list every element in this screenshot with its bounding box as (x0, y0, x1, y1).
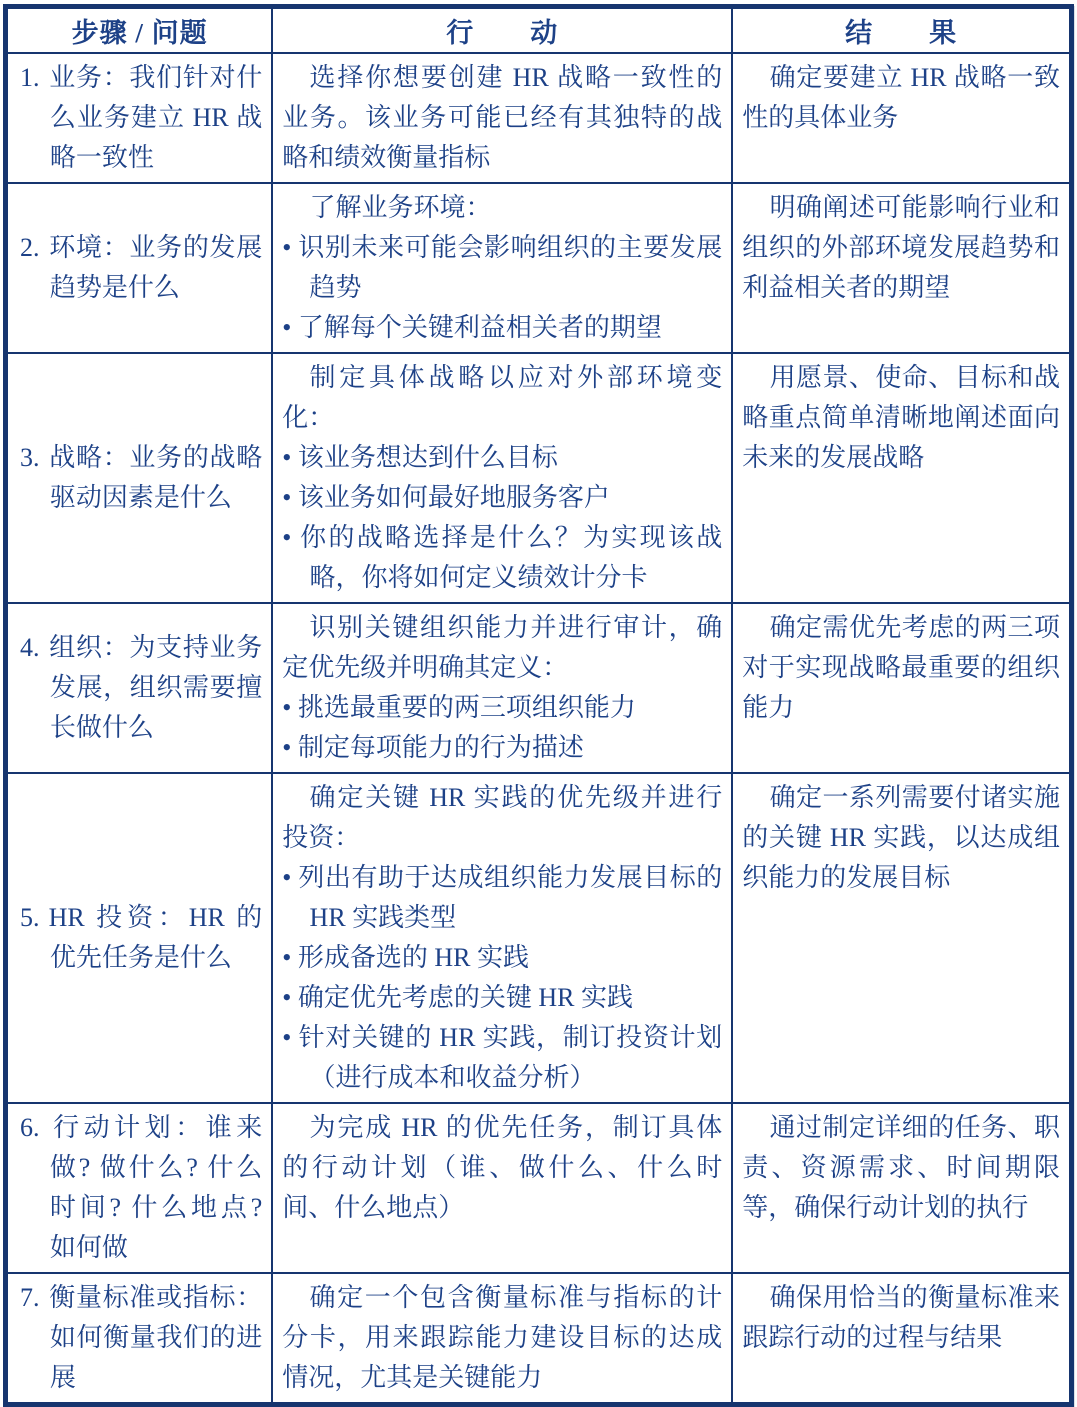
action-bullet-item: 该业务如何最好地服务客户 (282, 478, 722, 518)
action-bullet-item: 确定优先考虑的关键 HR 实践 (282, 978, 722, 1018)
table-row: 3.战略：业务的战略驱动因素是什么 制定具体战略以应对外部环境变化： 该业务想达… (6, 353, 1072, 603)
action-bullets: 识别未来可能会影响组织的主要发展趋势了解每个关键利益相关者的期望 (282, 228, 722, 348)
step-text: 环境：业务的发展趋势是什么 (49, 233, 263, 302)
result-text: 确定要建立 HR 战略一致性的具体业务 (742, 58, 1060, 138)
table-row: 4.组织：为支持业务发展，组织需要擅长做什么 识别关键组织能力并进行审计，确定优… (6, 603, 1072, 773)
action-intro: 为完成 HR 的优先任务，制订具体的行动计划（谁、做什么、什么时间、什么地点） (282, 1108, 722, 1228)
action-intro: 确定关键 HR 实践的优先级并进行投资： (282, 778, 722, 858)
step-number: 6. (20, 1113, 40, 1142)
step-number: 5. (20, 903, 40, 932)
result-cell: 用愿景、使命、目标和战略重点简单清晰地阐述面向未来的发展战略 (732, 353, 1071, 603)
step-text: 行动计划：谁来做? 做什么? 什么时间? 什么地点? 如何做 (49, 1113, 263, 1262)
step-text: 战略：业务的战略驱动因素是什么 (49, 443, 263, 512)
action-bullet-item: 形成备选的 HR 实践 (282, 938, 722, 978)
result-cell: 确定需优先考虑的两三项对于实现战略最重要的组织能力 (732, 603, 1071, 773)
step-number: 1. (20, 63, 40, 92)
table-row: 1.业务：我们针对什么业务建立 HR 战略一致性 选择你想要创建 HR 战略一致… (6, 53, 1072, 183)
step-cell: 5.HR 投资：HR 的优先任务是什么 (6, 773, 273, 1103)
step-cell: 3.战略：业务的战略驱动因素是什么 (6, 353, 273, 603)
step-text: 业务：我们针对什么业务建立 HR 战略一致性 (49, 63, 263, 172)
action-intro: 确定一个包含衡量标准与指标的计分卡，用来跟踪能力建设目标的达成情况，尤其是关键能… (282, 1278, 722, 1398)
result-text: 确定需优先考虑的两三项对于实现战略最重要的组织能力 (742, 608, 1060, 728)
step-text: 组织：为支持业务发展，组织需要擅长做什么 (49, 633, 263, 742)
action-intro: 了解业务环境： (282, 188, 722, 228)
step-cell: 1.业务：我们针对什么业务建立 HR 战略一致性 (6, 53, 273, 183)
hr-strategy-alignment-table: 步骤 / 问题 行 动 结 果 1.业务：我们针对什么业务建立 HR 战略一致性… (3, 4, 1074, 1407)
step-cell: 6.行动计划：谁来做? 做什么? 什么时间? 什么地点? 如何做 (6, 1103, 273, 1273)
action-cell: 选择你想要创建 HR 战略一致性的业务。该业务可能已经有其独特的战略和绩效衡量指… (272, 53, 732, 183)
action-bullets: 列出有助于达成组织能力发展目标的 HR 实践类型形成备选的 HR 实践确定优先考… (282, 858, 722, 1098)
document-page: 步骤 / 问题 行 动 结 果 1.业务：我们针对什么业务建立 HR 战略一致性… (0, 0, 1077, 1242)
action-bullet-item: 挑选最重要的两三项组织能力 (282, 688, 722, 728)
action-cell: 识别关键组织能力并进行审计，确定优先级并明确其定义： 挑选最重要的两三项组织能力… (272, 603, 732, 773)
step-number: 4. (20, 633, 40, 662)
action-cell: 确定一个包含衡量标准与指标的计分卡，用来跟踪能力建设目标的达成情况，尤其是关键能… (272, 1273, 732, 1405)
action-bullets: 挑选最重要的两三项组织能力制定每项能力的行为描述 (282, 688, 722, 768)
action-bullet-item: 制定每项能力的行为描述 (282, 728, 722, 768)
column-header-result: 结 果 (732, 7, 1071, 54)
table-header-row: 步骤 / 问题 行 动 结 果 (6, 7, 1072, 54)
table-row: 5.HR 投资：HR 的优先任务是什么 确定关键 HR 实践的优先级并进行投资：… (6, 773, 1072, 1103)
step-cell: 2.环境：业务的发展趋势是什么 (6, 183, 273, 353)
column-header-action: 行 动 (272, 7, 732, 54)
action-cell: 了解业务环境： 识别未来可能会影响组织的主要发展趋势了解每个关键利益相关者的期望 (272, 183, 732, 353)
action-cell: 制定具体战略以应对外部环境变化： 该业务想达到什么目标该业务如何最好地服务客户你… (272, 353, 732, 603)
table-row: 6.行动计划：谁来做? 做什么? 什么时间? 什么地点? 如何做 为完成 HR … (6, 1103, 1072, 1273)
result-cell: 明确阐述可能影响行业和组织的外部环境发展趋势和利益相关者的期望 (732, 183, 1071, 353)
action-cell: 确定关键 HR 实践的优先级并进行投资： 列出有助于达成组织能力发展目标的 HR… (272, 773, 732, 1103)
action-bullet-item: 该业务想达到什么目标 (282, 438, 722, 478)
action-intro: 选择你想要创建 HR 战略一致性的业务。该业务可能已经有其独特的战略和绩效衡量指… (282, 58, 722, 178)
action-bullets: 该业务想达到什么目标该业务如何最好地服务客户你的战略选择是什么？为实现该战略，你… (282, 438, 722, 598)
step-number: 7. (20, 1283, 40, 1312)
action-bullet-item: 识别未来可能会影响组织的主要发展趋势 (282, 228, 722, 308)
step-text: 衡量标准或指标：如何衡量我们的进展 (49, 1283, 263, 1392)
result-text: 通过制定详细的任务、职责、资源需求、时间期限等，确保行动计划的执行 (742, 1108, 1060, 1228)
result-text: 明确阐述可能影响行业和组织的外部环境发展趋势和利益相关者的期望 (742, 188, 1060, 308)
result-cell: 确定一系列需要付诸实施的关键 HR 实践，以达成组织能力的发展目标 (732, 773, 1071, 1103)
action-cell: 为完成 HR 的优先任务，制订具体的行动计划（谁、做什么、什么时间、什么地点） (272, 1103, 732, 1273)
action-bullet-item: 你的战略选择是什么？为实现该战略，你将如何定义绩效计分卡 (282, 518, 722, 598)
step-cell: 4.组织：为支持业务发展，组织需要擅长做什么 (6, 603, 273, 773)
step-text: HR 投资：HR 的优先任务是什么 (49, 903, 263, 972)
table-body: 1.业务：我们针对什么业务建立 HR 战略一致性 选择你想要创建 HR 战略一致… (6, 53, 1072, 1405)
action-bullet-item: 针对关键的 HR 实践，制订投资计划（进行成本和收益分析） (282, 1018, 722, 1098)
action-bullet-item: 了解每个关键利益相关者的期望 (282, 308, 722, 348)
result-text: 确定一系列需要付诸实施的关键 HR 实践，以达成组织能力的发展目标 (742, 778, 1060, 898)
result-cell: 确定要建立 HR 战略一致性的具体业务 (732, 53, 1071, 183)
step-cell: 7.衡量标准或指标：如何衡量我们的进展 (6, 1273, 273, 1405)
action-intro: 识别关键组织能力并进行审计，确定优先级并明确其定义： (282, 608, 722, 688)
result-text: 确保用恰当的衡量标准来跟踪行动的过程与结果 (742, 1278, 1060, 1358)
action-intro: 制定具体战略以应对外部环境变化： (282, 358, 722, 438)
result-cell: 通过制定详细的任务、职责、资源需求、时间期限等，确保行动计划的执行 (732, 1103, 1071, 1273)
step-number: 3. (20, 443, 40, 472)
column-header-step: 步骤 / 问题 (6, 7, 273, 54)
step-number: 2. (20, 233, 40, 262)
table-row: 2.环境：业务的发展趋势是什么 了解业务环境： 识别未来可能会影响组织的主要发展… (6, 183, 1072, 353)
result-cell: 确保用恰当的衡量标准来跟踪行动的过程与结果 (732, 1273, 1071, 1405)
table-row: 7.衡量标准或指标：如何衡量我们的进展 确定一个包含衡量标准与指标的计分卡，用来… (6, 1273, 1072, 1405)
result-text: 用愿景、使命、目标和战略重点简单清晰地阐述面向未来的发展战略 (742, 358, 1060, 478)
action-bullet-item: 列出有助于达成组织能力发展目标的 HR 实践类型 (282, 858, 722, 938)
